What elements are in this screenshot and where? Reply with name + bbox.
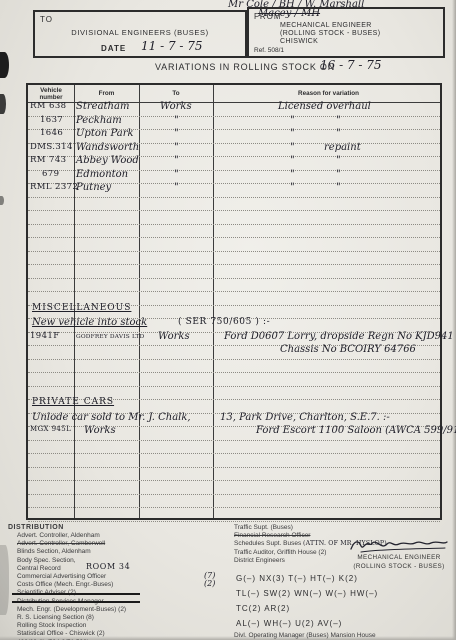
ditto-mark: " (174, 182, 179, 193)
district-engineer-codes: G(–) NX(3) T(–) HT(–) K(2) TL(–) SW(2) W… (236, 574, 416, 634)
distribution-item: Rolling Stock Inspection (8, 622, 226, 630)
ditto-mark: " (336, 128, 341, 139)
from-address-box: FROM MECHANICAL ENGINEER (ROLLING STOCK … (247, 7, 445, 58)
blank-row (28, 508, 440, 522)
misc-intro-ref: ( SER 750/605 ) :- (178, 317, 270, 327)
ditto-mark: " (336, 115, 341, 126)
rolling-stock-table: Vehicle number From To Reason for variat… (26, 83, 442, 520)
ditto-mark: " (336, 169, 341, 180)
ditto-mark: " (336, 155, 341, 166)
code-line: TL(–) SW(2) WN(–) W(–) HW(–) (236, 589, 416, 604)
miscellaneous-heading: MISCELLANEOUS (32, 303, 131, 313)
signature-block: MECHANICAL ENGINEER (ROLLING STOCK - BUS… (344, 536, 454, 571)
distribution-block: DISTRIBUTION Advert. Controller, Aldenha… (8, 524, 452, 640)
from-garage: Abbey Wood (76, 155, 139, 166)
distribution-item-struck: Advert. Controller, Camberwell (8, 540, 226, 548)
ditto-mark: " (336, 182, 341, 193)
blank-row (28, 481, 440, 495)
blank-row (28, 373, 440, 387)
distribution-item: Blinds Section, Aldenham (8, 548, 226, 556)
to-recipient: DIVISIONAL ENGINEERS (BUSES) (35, 28, 245, 37)
distribution-item-label: Costs Office (Mech. Engr.-Buses) (17, 581, 113, 588)
blank-row (28, 360, 440, 374)
blank-row (28, 238, 440, 252)
ditto-mark: " (290, 155, 295, 166)
distribution-item: Statistical Office - Chiswick (2) (8, 630, 226, 638)
vehicle-number: RM 638 (30, 101, 66, 111)
ditto-mark: " (174, 169, 179, 180)
distribution-item: Advert. Controller, Aldenham (8, 532, 226, 540)
ditto-mark: " (290, 142, 295, 153)
scanned-form-page: Mr Cole / BH / W. Marshall Macey / MH TO… (0, 0, 456, 640)
from-garage: Peckham (76, 115, 122, 126)
reason: repaint (324, 142, 361, 153)
distribution-item-label: Central Record (17, 565, 61, 572)
blank-row (28, 225, 440, 239)
reason: Ford D0607 Lorry, dropside Regn No KJD94… (224, 331, 454, 342)
distribution-heading: DISTRIBUTION (8, 524, 226, 531)
vehicle-number: RML 2372 (30, 182, 78, 192)
from-garage: Edmonton (76, 169, 128, 180)
from-location: Works (84, 425, 116, 436)
private-intro: Unlode car sold to Mr. J. Chalk, (32, 412, 191, 423)
reference-number: Ref. 508/1 (254, 47, 284, 54)
to-address-box: TO DIVISIONAL ENGINEERS (BUSES) DATE 11 … (33, 10, 247, 58)
distribution-item-label: Commercial Advertising Officer (17, 573, 106, 580)
handwritten-date: 11 - 7 - 75 (141, 39, 203, 53)
header-from: From (74, 91, 139, 98)
signoff-title: MECHANICAL ENGINEER (344, 554, 454, 563)
to-label: TO (40, 15, 53, 24)
blank-row (28, 468, 440, 482)
vehicle-number: MGX 945L (30, 425, 71, 433)
from-garage: Upton Park (76, 128, 134, 139)
distribution-item: Costs Office (Mech. Engr.-Buses) (2) (8, 581, 226, 589)
signoff-subtitle: (ROLLING STOCK - BUSES) (344, 563, 454, 572)
table-row: RML 2372 Putney " " " (28, 184, 440, 198)
blank-row (28, 441, 440, 455)
distribution-item-label: Schedules Supt. Buses (234, 540, 301, 547)
to-location: Works (160, 101, 192, 112)
code-line: G(–) NX(3) T(–) HT(–) K(2) (236, 574, 416, 589)
blank-row (28, 265, 440, 279)
distribution-item: Central Record ROOM 34 (8, 565, 226, 573)
supplier: GODFREY DAVIS LTD (76, 334, 144, 340)
vehicle-number: 1646 (40, 128, 63, 138)
vehicle-number: RM 743 (30, 155, 66, 165)
ditto-mark: " (174, 115, 179, 126)
from-line3: CHISWICK (280, 38, 318, 45)
header-vehicle-number: Vehicle number (28, 88, 74, 102)
date-label: DATE (101, 44, 126, 53)
from-garage: Putney (76, 182, 111, 193)
mechanical-engineer-signature (344, 536, 454, 554)
blank-row (28, 198, 440, 212)
ditto-mark: " (174, 155, 179, 166)
handwritten-count: (2) (204, 580, 215, 588)
reason: Licensed overhaul (278, 101, 371, 112)
from-label: FROM (254, 12, 282, 21)
blank-row (28, 454, 440, 468)
distribution-item: Traffic Supt. (Buses) (234, 524, 394, 532)
header-to: To (139, 91, 213, 98)
ditto-mark: " (290, 128, 295, 139)
table-row: Chassis No BCOIRY 64766 (28, 346, 440, 360)
ditto-mark: " (290, 182, 295, 193)
form-title: VARIATIONS IN ROLLING STOCK ON (155, 62, 335, 72)
ditto-mark: " (174, 128, 179, 139)
ditto-mark: " (290, 115, 295, 126)
ditto-mark: " (174, 142, 179, 153)
reason: Ford Escort 1100 Saloon (AWCA 599/914) (256, 425, 456, 436)
scan-artifact (0, 196, 4, 205)
handwritten-room-note: ROOM 34 (86, 563, 130, 571)
distribution-item-struck: Scientific Adviser (2) (8, 589, 226, 597)
distribution-item: Commercial Advertising Officer (7) (8, 573, 226, 581)
from-line1: MECHANICAL ENGINEER (280, 22, 372, 29)
header-reason: Reason for variation (213, 91, 444, 98)
vehicle-number: 679 (42, 169, 59, 179)
vehicle-number: DMS.314 (30, 142, 73, 152)
blank-row (28, 211, 440, 225)
from-garage: Wandsworth (76, 142, 139, 153)
blank-row (28, 252, 440, 266)
to-location: Works (158, 331, 190, 342)
private-address: 13, Park Drive, Charlton, S.E.7. :- (220, 412, 390, 423)
from-garage: Streatham (76, 101, 129, 112)
blank-row (28, 279, 440, 293)
vehicle-number: 1941F (30, 331, 60, 341)
ditto-mark: " (290, 169, 295, 180)
from-line2: (ROLLING STOCK - BUSES) (280, 30, 380, 37)
scan-artifact (0, 52, 9, 78)
distribution-item: Mech. Engr. (Development-Buses) (2) (8, 606, 226, 614)
table-row: MGX 945L Works Ford Escort 1100 Saloon (… (28, 427, 440, 441)
reason-continued: Chassis No BCOIRY 64766 (280, 344, 416, 355)
scan-artifact (0, 94, 6, 114)
code-line: TC(2) AR(2) (236, 604, 416, 619)
distribution-footer: Divl. Operating Manager (Buses) Mansion … (234, 632, 376, 639)
private-cars-heading: PRIVATE CARS (32, 397, 114, 407)
form-title-date: 16 - 7 - 75 (320, 58, 382, 72)
distribution-item: R. S. Licensing Section (8) (8, 614, 226, 622)
vehicle-number: 1637 (40, 115, 63, 125)
distribution-item-struck: Distribution Services Manager (8, 598, 226, 606)
blank-row (28, 495, 440, 509)
misc-intro: New vehicle into stock (32, 317, 147, 328)
distribution-left-column: DISTRIBUTION Advert. Controller, Aldenha… (8, 524, 226, 640)
